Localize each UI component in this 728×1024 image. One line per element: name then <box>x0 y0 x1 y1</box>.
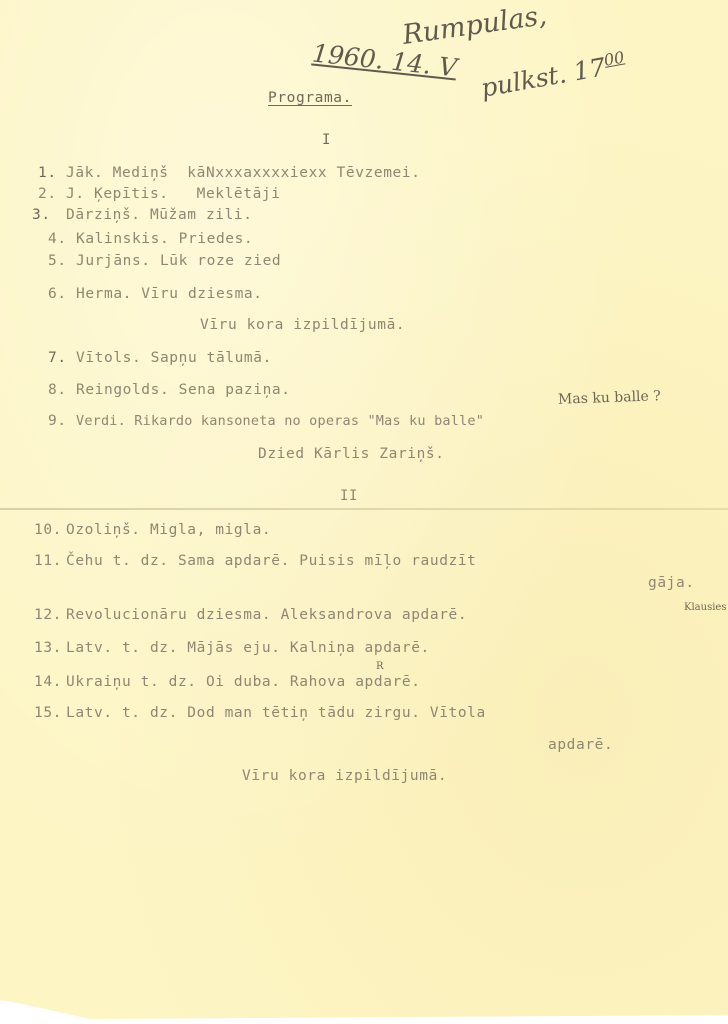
item-text: Verdi. Rikardo kansoneta no operas "Mas … <box>76 413 484 429</box>
handwritten-time-sup: 00 <box>602 48 625 70</box>
item-num: 14. <box>34 674 62 690</box>
item-num: 4. <box>48 231 67 247</box>
item-num: 9. <box>48 413 67 429</box>
item-text: Jurjāns. Lūk roze zied <box>76 253 281 269</box>
handwritten-annotation: Klausies <box>684 602 726 613</box>
item-text: Jāk. Mediņš kāNxxxaxxxxiexx Tēvzemei. <box>66 165 421 181</box>
item-num: 7. <box>48 350 67 366</box>
paper-sheet <box>0 0 728 1024</box>
item-text: Latv. t. dz. Mājās eju. Kalniņa apdarē. <box>66 640 430 656</box>
item-num: 15. <box>34 705 62 721</box>
item-num: 3. <box>32 207 51 223</box>
performer-line: Vīru kora izpildījumā. <box>200 317 405 333</box>
item-text: Reingolds. Sena paziņa. <box>76 382 291 398</box>
section-heading-2: II <box>340 488 358 504</box>
section-heading-1: I <box>322 132 331 148</box>
item-text: J. Ķepītis. Meklētāji <box>66 186 281 202</box>
item-num: 6. <box>48 286 67 302</box>
item-num: 5. <box>48 253 67 269</box>
item-text: Vītols. Sapņu tālumā. <box>76 350 272 366</box>
item-num: 11. <box>34 553 62 569</box>
performer-line: Vīru kora izpildījumā. <box>242 768 447 784</box>
item-text: Ukraiņu t. dz. Oi duba. Rahova apdarē. <box>66 674 421 690</box>
item-num: 2. <box>38 186 57 202</box>
item-text: Čehu t. dz. Sama apdarē. Puisis mīļo rau… <box>66 553 477 569</box>
item-text-cont: apdarē. <box>548 737 613 753</box>
item-text: Ozoliņš. Migla, migla. <box>66 522 271 538</box>
item-num: 13. <box>34 640 62 656</box>
item-num: 10. <box>34 522 62 538</box>
handwritten-annotation: R <box>376 661 384 672</box>
item-text: Latv. t. dz. Dod man tētiņ tādu zirgu. V… <box>66 705 486 721</box>
item-text-cont: gāja. <box>648 575 695 591</box>
fold-line <box>0 508 728 510</box>
item-num: 8. <box>48 382 67 398</box>
item-text: Dārziņš. Mūžam zili. <box>66 207 253 223</box>
item-text: Herma. Vīru dziesma. <box>76 286 263 302</box>
item-num: 1. <box>38 165 57 181</box>
item-text: Kalinskis. Priedes. <box>76 231 253 247</box>
item-num: 12. <box>34 607 62 623</box>
item-text: Revolucionāru dziesma. Aleksandrova apda… <box>66 607 467 623</box>
page-title: Programa. <box>268 90 352 106</box>
performer-line: Dzied Kārlis Zariņš. <box>258 446 445 462</box>
